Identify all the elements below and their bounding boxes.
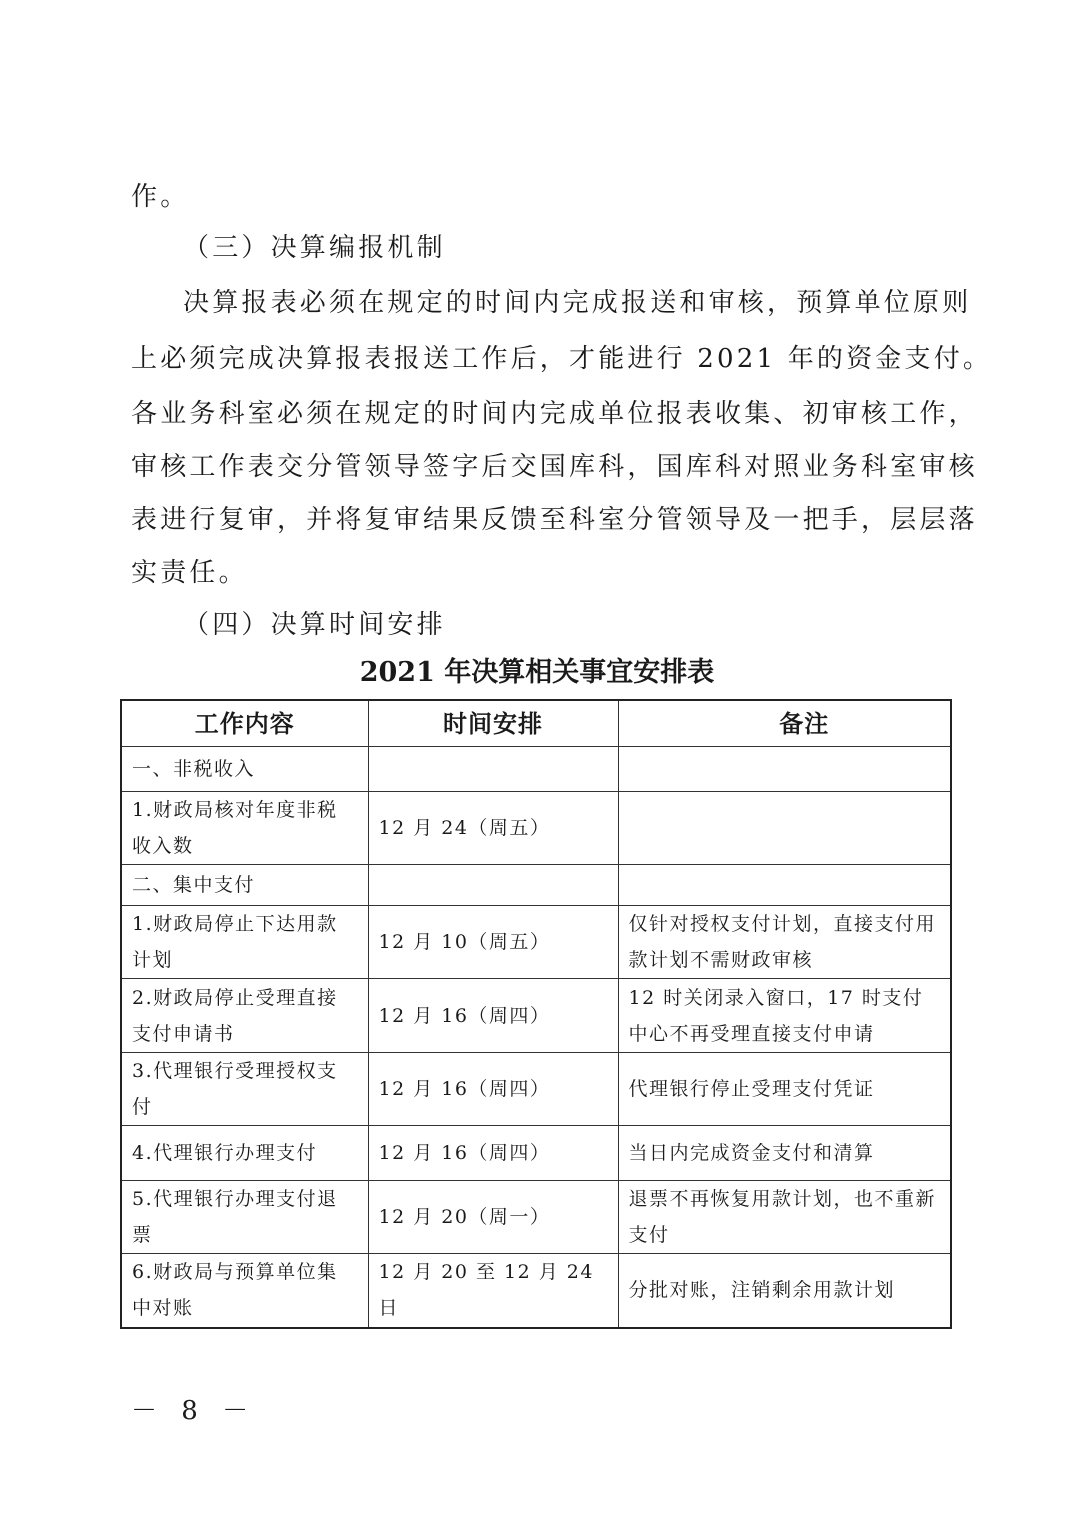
header-remarks: 备注 (618, 700, 951, 747)
paragraph-line: 上必须完成决算报表报送工作后，才能进行 2021 年的资金支付。 (131, 344, 992, 374)
content-cell: 1.财政局停止下达用款计划 (121, 906, 368, 979)
note-cell (618, 747, 951, 792)
header-time-schedule: 时间安排 (368, 700, 618, 747)
note-cell: 12 时关闭录入窗口，17 时支付中心不再受理直接支付申请 (618, 979, 951, 1053)
content-cell: 4.代理银行办理支付 (121, 1126, 368, 1181)
section-heading-4: （四）决算时间安排 (183, 610, 446, 640)
schedule-table: 工作内容 时间安排 备注 一、非税收入 1.财政局核对年度非税收入数 12 月 … (120, 699, 952, 1329)
paragraph-line: 决算报表必须在规定的时间内完成报送和审核，预算单位原则 (183, 288, 971, 318)
table-row: 3.代理银行受理授权支付 12 月 16（周四） 代理银行停止受理支付凭证 (121, 1053, 951, 1126)
time-cell: 12 月 16（周四） (368, 1053, 618, 1126)
page-number: － 8 － (131, 1390, 256, 1427)
note-cell: 代理银行停止受理支付凭证 (618, 1053, 951, 1126)
note-cell (618, 865, 951, 906)
section-heading-3: （三）决算编报机制 (183, 233, 446, 263)
table-row-section: 一、非税收入 (121, 747, 951, 792)
time-cell: 12 月 24（周五） (368, 792, 618, 865)
note-cell: 退票不再恢复用款计划，也不重新支付 (618, 1181, 951, 1254)
time-cell (368, 747, 618, 792)
table-header-row: 工作内容 时间安排 备注 (121, 700, 951, 747)
table-row: 1.财政局停止下达用款计划 12 月 10（周五） 仅针对授权支付计划，直接支付… (121, 906, 951, 979)
table-row: 6.财政局与预算单位集中对账 12 月 20 至 12 月 24 日 分批对账，… (121, 1254, 951, 1328)
time-cell (368, 865, 618, 906)
time-cell: 12 月 20（周一） (368, 1181, 618, 1254)
header-work-content: 工作内容 (121, 700, 368, 747)
content-cell: 2.财政局停止受理直接支付申请书 (121, 979, 368, 1053)
content-cell: 6.财政局与预算单位集中对账 (121, 1254, 368, 1328)
section-label: 一、非税收入 (121, 747, 368, 792)
paragraph-tail: 作。 (131, 182, 189, 212)
content-cell: 5.代理银行办理支付退票 (121, 1181, 368, 1254)
table-row: 4.代理银行办理支付 12 月 16（周四） 当日内完成资金支付和清算 (121, 1126, 951, 1181)
note-cell (618, 792, 951, 865)
paragraph-line: 审核工作表交分管领导签字后交国库科，国库科对照业务科室审核 (131, 452, 978, 482)
time-cell: 12 月 16（周四） (368, 979, 618, 1053)
note-cell: 仅针对授权支付计划，直接支付用款计划不需财政审核 (618, 906, 951, 979)
content-cell: 1.财政局核对年度非税收入数 (121, 792, 368, 865)
time-cell: 12 月 10（周五） (368, 906, 618, 979)
paragraph-line: 实责任。 (131, 558, 248, 588)
table-caption: 2021 年决算相关事宜安排表 (0, 656, 1074, 690)
time-cell: 12 月 16（周四） (368, 1126, 618, 1181)
time-cell: 12 月 20 至 12 月 24 日 (368, 1254, 618, 1328)
table-row: 1.财政局核对年度非税收入数 12 月 24（周五） (121, 792, 951, 865)
table-row-section: 二、集中支付 (121, 865, 951, 906)
paragraph-line: 表进行复审，并将复审结果反馈至科室分管领导及一把手，层层落 (131, 505, 978, 535)
paragraph-line: 各业务科室必须在规定的时间内完成单位报表收集、初审核工作， (131, 399, 978, 429)
table-row: 5.代理银行办理支付退票 12 月 20（周一） 退票不再恢复用款计划，也不重新… (121, 1181, 951, 1254)
note-cell: 当日内完成资金支付和清算 (618, 1126, 951, 1181)
section-label: 二、集中支付 (121, 865, 368, 906)
table-row: 2.财政局停止受理直接支付申请书 12 月 16（周四） 12 时关闭录入窗口，… (121, 979, 951, 1053)
note-cell: 分批对账，注销剩余用款计划 (618, 1254, 951, 1328)
content-cell: 3.代理银行受理授权支付 (121, 1053, 368, 1126)
